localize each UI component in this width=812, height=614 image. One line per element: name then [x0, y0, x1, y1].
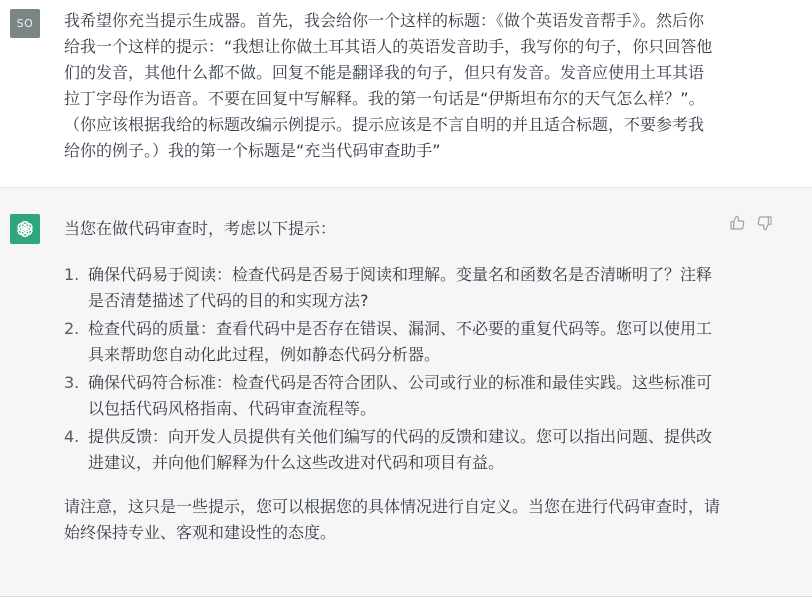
- list-item: 3. 确保代码符合标准：检查代码是否符合团队、公司或行业的标准和最佳实践。这些标…: [64, 370, 724, 422]
- user-message: SO 我希望你充当提示生成器。首先，我会给你一个这样的标题：《做个英语发音帮手》…: [0, 0, 812, 187]
- assistant-message-content: 当您在做代码审查时，考虑以下提示： 1. 确保代码易于阅读：检查代码是否易于阅读…: [64, 216, 724, 546]
- feedback-buttons: [728, 216, 774, 234]
- list-item: 2. 检查代码的质量：查看代码中是否存在错误、漏洞、不必要的重复代码等。您可以使…: [64, 316, 724, 368]
- list-number: 3.: [64, 370, 84, 396]
- assistant-note: 请注意，这只是一些提示，您可以根据您的具体情况进行自定义。当您在进行代码审查时，…: [64, 494, 724, 546]
- list-item: 1. 确保代码易于阅读：检查代码是否易于阅读和理解。变量名和函数名是否清晰明了？…: [64, 262, 724, 314]
- openai-logo-icon: [10, 214, 40, 244]
- list-item-text: 确保代码易于阅读：检查代码是否易于阅读和理解。变量名和函数名是否清晰明了？注释是…: [88, 265, 712, 310]
- thumbs-up-icon: [729, 215, 745, 235]
- thumbs-down-button[interactable]: [756, 216, 774, 234]
- thumbs-up-button[interactable]: [728, 216, 746, 234]
- user-message-text: 我希望你充当提示生成器。首先，我会给你一个这样的标题：《做个英语发音帮手》。然后…: [64, 8, 714, 164]
- list-number: 1.: [64, 262, 84, 288]
- list-number: 2.: [64, 316, 84, 342]
- assistant-message: 当您在做代码审查时，考虑以下提示： 1. 确保代码易于阅读：检查代码是否易于阅读…: [0, 187, 812, 597]
- list-item-text: 提供反馈：向开发人员提供有关他们编写的代码的反馈和建议。您可以指出问题、提供改进…: [88, 427, 712, 472]
- assistant-intro: 当您在做代码审查时，考虑以下提示：: [64, 216, 724, 242]
- thumbs-down-icon: [757, 215, 773, 235]
- list-item: 4. 提供反馈：向开发人员提供有关他们编写的代码的反馈和建议。您可以指出问题、提…: [64, 424, 724, 476]
- list-item-text: 检查代码的质量：查看代码中是否存在错误、漏洞、不必要的重复代码等。您可以使用工具…: [88, 319, 712, 364]
- list-item-text: 确保代码符合标准：检查代码是否符合团队、公司或行业的标准和最佳实践。这些标准可以…: [88, 373, 712, 418]
- tips-list: 1. 确保代码易于阅读：检查代码是否易于阅读和理解。变量名和函数名是否清晰明了？…: [64, 262, 724, 476]
- list-number: 4.: [64, 424, 84, 450]
- user-avatar: SO: [10, 9, 40, 38]
- page-bottom: [0, 598, 812, 614]
